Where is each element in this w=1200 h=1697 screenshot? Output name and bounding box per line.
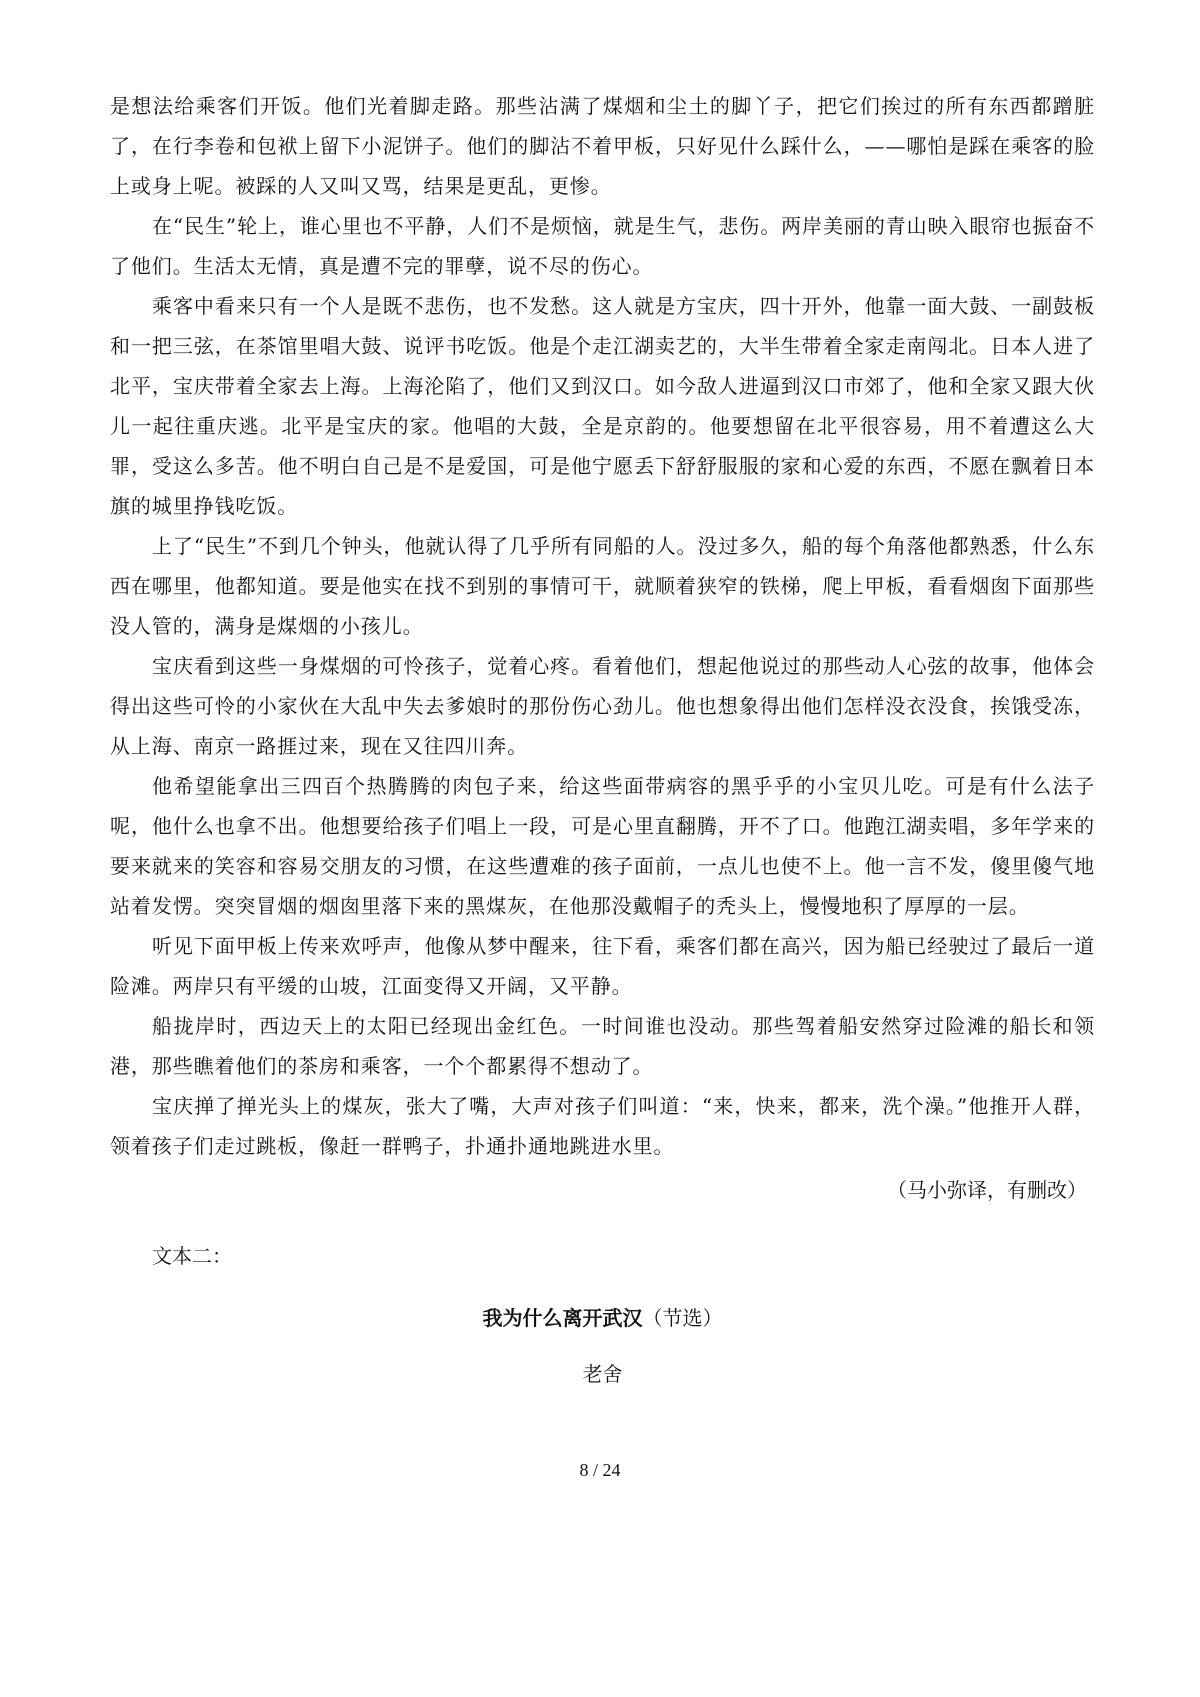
text-one-body: 是想法给乘客们开饭。他们光着脚走路。那些沾满了煤烟和尘土的脚丫子，把它们挨过的所… xyxy=(110,86,1095,1394)
paragraph-7: 听见下面甲板上传来欢呼声，他像从梦中醒来，往下看，乘客们都在高兴，因为船已经驶过… xyxy=(110,926,1095,1006)
page-number: 8 / 24 xyxy=(0,1460,1200,1481)
paragraph-8: 船拢岸时，西边天上的太阳已经现出金红色。一时间谁也没动。那些驾着船安然穿过险滩的… xyxy=(110,1006,1095,1086)
paragraph-9: 宝庆掸了掸光头上的煤灰，张大了嘴，大声对孩子们叫道：“来，快来，都来，洗个澡。”… xyxy=(110,1086,1095,1166)
article-author: 老舍 xyxy=(110,1354,1095,1394)
paragraph-6: 他希望能拿出三四百个热腾腾的肉包子来，给这些面带病容的黑乎乎的小宝贝儿吃。可是有… xyxy=(110,766,1095,926)
source-note: （马小弥译，有删改） xyxy=(110,1170,1095,1210)
article-title: 我为什么离开武汉（节选） xyxy=(110,1298,1095,1338)
article-title-suffix: （节选） xyxy=(643,1306,723,1330)
paragraph-5: 宝庆看到这些一身煤烟的可怜孩子，觉着心疼。看着他们，想起他说过的那些动人心弦的故… xyxy=(110,646,1095,766)
article-title-main: 我为什么离开武汉 xyxy=(483,1306,643,1330)
document-page: 是想法给乘客们开饭。他们光着脚走路。那些沾满了煤烟和尘土的脚丫子，把它们挨过的所… xyxy=(0,0,1200,1697)
paragraph-2: 在“民生”轮上，谁心里也不平静，人们不是烦恼，就是生气，悲伤。两岸美丽的青山映入… xyxy=(110,206,1095,286)
section-label: 文本二： xyxy=(110,1236,1095,1276)
paragraph-4: 上了“民生”不到几个钟头，他就认得了几乎所有同船的人。没过多久，船的每个角落他都… xyxy=(110,526,1095,646)
paragraph-1: 是想法给乘客们开饭。他们光着脚走路。那些沾满了煤烟和尘土的脚丫子，把它们挨过的所… xyxy=(110,86,1095,206)
paragraph-3: 乘客中看来只有一个人是既不悲伤，也不发愁。这人就是方宝庆，四十开外，他靠一面大鼓… xyxy=(110,286,1095,526)
